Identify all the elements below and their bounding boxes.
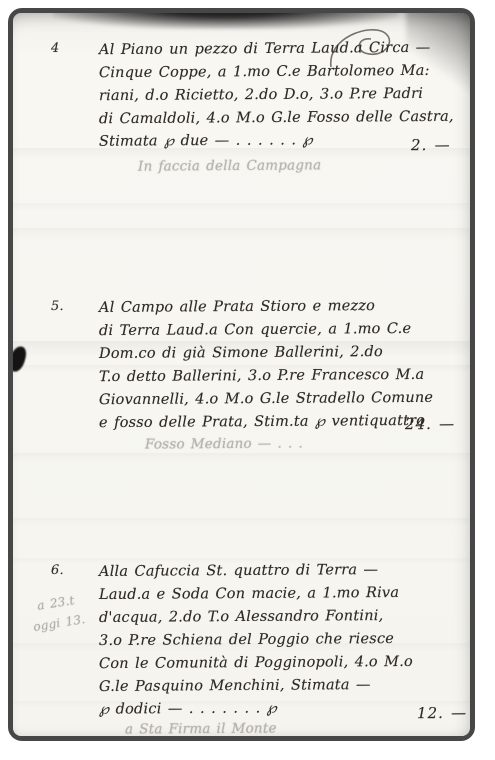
entry-line: T.o detto Ballerini, 3.o P.re Francesco … [99, 365, 424, 387]
entry-line: Giovannelli, 4.o M.o G.le Stradello Comu… [99, 388, 433, 410]
entry-line: Cinque Coppe, a 1.mo C.e Bartolomeo Ma: [99, 61, 430, 83]
entry-line: ℘ dodici — . . . . . . . ℘ [99, 698, 277, 719]
scan-streak [13, 228, 470, 240]
manuscript-page: 4 Al Piano un pezzo di Terra Laud.a Circ… [13, 13, 470, 736]
faded-annotation: Fosso Mediano — . . . [145, 433, 303, 454]
entry-number: 6. [51, 561, 64, 581]
entry-line: Con le Comunità di Pogginopoli, 4.o M.o [99, 652, 413, 674]
entry-number: 4 [51, 39, 60, 59]
entry-line: d'acqua, 2.do T.o Alessandro Fontini, [99, 606, 383, 628]
scan-streak [13, 518, 470, 526]
entry-line: 3.o P.re Schiena del Poggio che riesce [99, 629, 394, 651]
scan-frame-border: 4 Al Piano un pezzo di Terra Laud.a Circ… [8, 8, 475, 741]
entry-line: riani, d.o Ricietto, 2.do D.o, 3.o P.re … [99, 84, 423, 106]
entry-line: e fosso delle Prata, Stim.ta ℘ ventiquat… [99, 411, 425, 433]
faded-annotation: In faccia della Campagna [138, 155, 321, 176]
entry-line: Stimata ℘ due — . . . . . . ℘ [99, 130, 313, 151]
faded-annotation: a Sta Firma il Monte [125, 718, 277, 736]
entry-amount: 12. — [417, 703, 467, 723]
entry-line: G.le Pasquino Menchini, Stimata — [99, 675, 371, 697]
entry-line: Al Campo alle Prata Stioro e mezzo [99, 296, 375, 318]
entry-number: 5. [51, 297, 64, 317]
scan-streak [13, 203, 470, 211]
scan-streak [13, 453, 470, 463]
entry-line: di Terra Laud.a Con quercie, a 1.mo C.e [99, 319, 411, 341]
entry-line: Laud.a e Soda Con macie, a 1.mo Riva [99, 583, 399, 605]
entry-line: Al Piano un pezzo di Terra Laud.a Circa … [99, 38, 431, 60]
document-scan: 4 Al Piano un pezzo di Terra Laud.a Circ… [0, 0, 495, 760]
entry-amount: 24. — [405, 414, 455, 434]
entry-line: di Camaldoli, 4.o M.o G.le Fosso delle C… [99, 107, 454, 129]
entry-amount: 2. — [411, 135, 451, 155]
entry-line: Dom.co di già Simone Ballerini, 2.do [99, 342, 383, 364]
entry-line: Alla Cafuccia St. quattro di Terra — [99, 560, 378, 582]
